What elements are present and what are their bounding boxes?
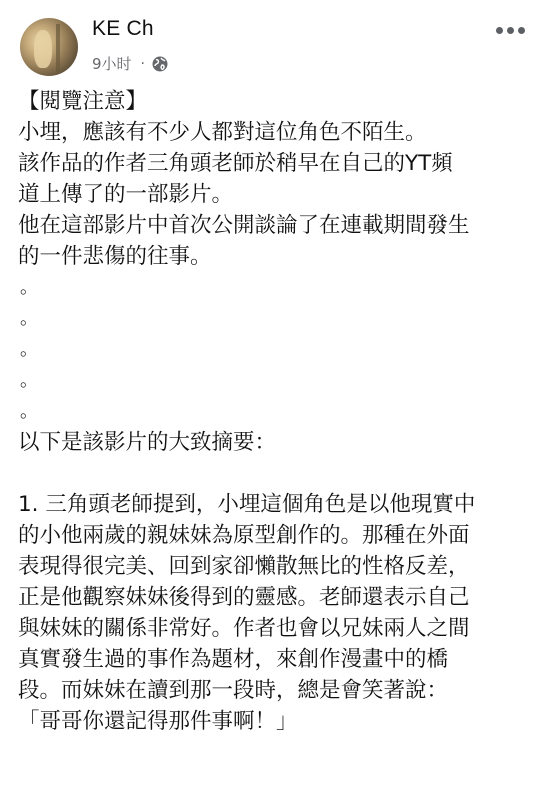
- text-line: 真實發生過的事作為題材，來創作漫畫中的橋: [18, 644, 533, 675]
- dot-icon: [518, 27, 525, 34]
- globe-icon[interactable]: [152, 56, 168, 72]
- more-options-button[interactable]: [496, 22, 532, 38]
- text-line: 以下是該影片的大致摘要：: [18, 427, 533, 458]
- text-line: 段。而妹妹在讀到那一段時，總是會笑著說：: [18, 675, 533, 706]
- spacer-mark: 。: [18, 272, 533, 303]
- spacer-mark: 。: [18, 303, 533, 334]
- meta-separator: ·: [141, 56, 145, 72]
- text-line: 道上傳了的一部影片。: [18, 179, 533, 210]
- spacer-mark: 。: [18, 396, 533, 427]
- text-line: 「哥哥你還記得那件事啊！」: [18, 706, 533, 737]
- text-line: 與妹妹的關係非常好。作者也會以兄妹兩人之間: [18, 613, 533, 644]
- author-name[interactable]: KE Ch: [92, 17, 154, 41]
- text-line: 該作品的作者三角頭老師於稍早在自己的YT頻: [18, 148, 533, 179]
- avatar-detail: [56, 24, 60, 72]
- text-line: 的一件悲傷的往事。: [18, 241, 533, 272]
- text-line: 他在這部影片中首次公開談論了在連載期間發生: [18, 210, 533, 241]
- spacer-mark: 。: [18, 365, 533, 396]
- text-line: 正是他觀察妹妹後得到的靈感。老師還表示自己: [18, 582, 533, 613]
- avatar[interactable]: [20, 18, 78, 76]
- text-line: 【閱覽注意】: [18, 86, 533, 117]
- text-line: 表現得很完美、回到家卻懶散無比的性格反差，: [18, 551, 533, 582]
- text-line: 小埋，應該有不少人都對這位角色不陌生。: [18, 117, 533, 148]
- post-header: KE Ch 9小时 ·: [0, 0, 539, 80]
- text-line: 的小他兩歲的親妹妹為原型創作的。那種在外面: [18, 520, 533, 551]
- text-line: 1. 三角頭老師提到，小埋這個角色是以他現實中: [18, 489, 533, 520]
- avatar-figure: [34, 30, 52, 68]
- spacer-mark: 。: [18, 334, 533, 365]
- timestamp[interactable]: 9小时: [92, 53, 132, 74]
- dot-icon: [507, 27, 514, 34]
- blank-line: [18, 458, 533, 489]
- post-body: 【閱覽注意】 小埋，應該有不少人都對這位角色不陌生。 該作品的作者三角頭老師於稍…: [18, 86, 533, 737]
- post-meta: 9小时 ·: [92, 53, 168, 74]
- dot-icon: [496, 27, 503, 34]
